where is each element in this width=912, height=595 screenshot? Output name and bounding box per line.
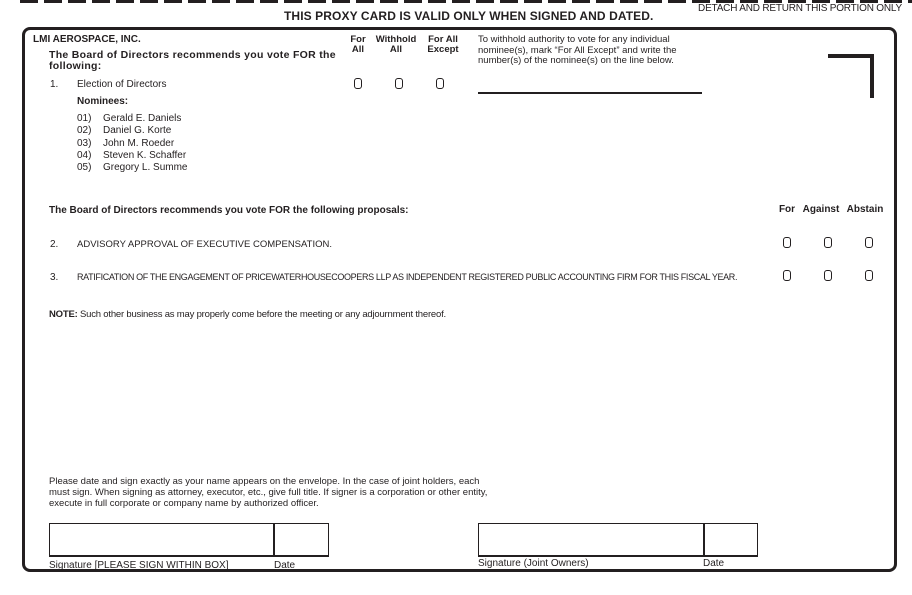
date-box-joint[interactable] (703, 523, 758, 557)
date-box-primary[interactable] (273, 523, 329, 557)
nominee-list: 01)Gerald E. Daniels 02)Daniel G. Korte … (77, 113, 187, 174)
checkbox-proposal-3-for[interactable] (783, 270, 791, 281)
col-against: Against (800, 205, 842, 215)
checkbox-proposal-3-against[interactable] (824, 270, 832, 281)
withhold-instructions: To withhold authority to vote for any in… (478, 35, 708, 67)
proposal-recommendation: The Board of Directors recommends you vo… (49, 205, 409, 216)
date-label-joint: Date (703, 558, 724, 569)
election-item-number: 1. (50, 79, 58, 90)
nominee-item: 02)Daniel G. Korte (77, 125, 187, 137)
checkbox-proposal-2-against[interactable] (824, 237, 832, 248)
checkbox-proposal-2-for[interactable] (783, 237, 791, 248)
checkbox-proposal-2-abstain[interactable] (865, 237, 873, 248)
proposal-2-text: ADVISORY APPROVAL OF EXECUTIVE COMPENSAT… (77, 239, 332, 250)
checkbox-proposal-3-abstain[interactable] (865, 270, 873, 281)
note: NOTE: Such other business as may properl… (49, 309, 446, 320)
nominee-item: 05)Gregory L. Summe (77, 162, 187, 174)
validity-notice: THIS PROXY CARD IS VALID ONLY WHEN SIGNE… (284, 9, 653, 23)
checkbox-for-all-except[interactable] (436, 78, 444, 89)
col-for: For (776, 205, 798, 215)
detach-notice: DETACH AND RETURN THIS PORTION ONLY (698, 3, 902, 14)
nominee-exception-line[interactable] (478, 92, 702, 94)
signing-instructions: Please date and sign exactly as your nam… (49, 477, 489, 509)
nominee-item: 03)John M. Roeder (77, 138, 187, 150)
proposal-2-number: 2. (50, 239, 58, 250)
signature-box-primary[interactable] (49, 523, 275, 557)
date-label-primary: Date (274, 560, 295, 571)
signature-joint-label: Signature (Joint Owners) (478, 558, 589, 569)
nominee-item: 01)Gerald E. Daniels (77, 113, 187, 125)
col-for-all: For All (345, 35, 371, 55)
proposal-3-text: RATIFICATION OF THE ENGAGEMENT OF PRICEW… (77, 272, 737, 282)
registration-mark (870, 54, 874, 98)
company-name: LMI AEROSPACE, INC. (33, 34, 141, 45)
election-item-text: Election of Directors (77, 79, 166, 90)
proposal-3-number: 3. (50, 272, 58, 283)
checkbox-withhold-all[interactable] (395, 78, 403, 89)
nominees-label: Nominees: (77, 96, 128, 107)
checkbox-for-all[interactable] (354, 78, 362, 89)
signature-primary-label: Signature [PLEASE SIGN WITHIN BOX] (49, 560, 229, 571)
registration-mark (828, 54, 874, 58)
director-recommendation: The Board of Directors recommends you vo… (49, 50, 349, 72)
col-withhold-all: Withhold All (372, 35, 420, 55)
nominee-item: 04)Steven K. Schaffer (77, 150, 187, 162)
signature-box-joint[interactable] (478, 523, 705, 557)
col-for-all-except: For All Except (422, 35, 464, 55)
col-abstain: Abstain (844, 205, 886, 215)
